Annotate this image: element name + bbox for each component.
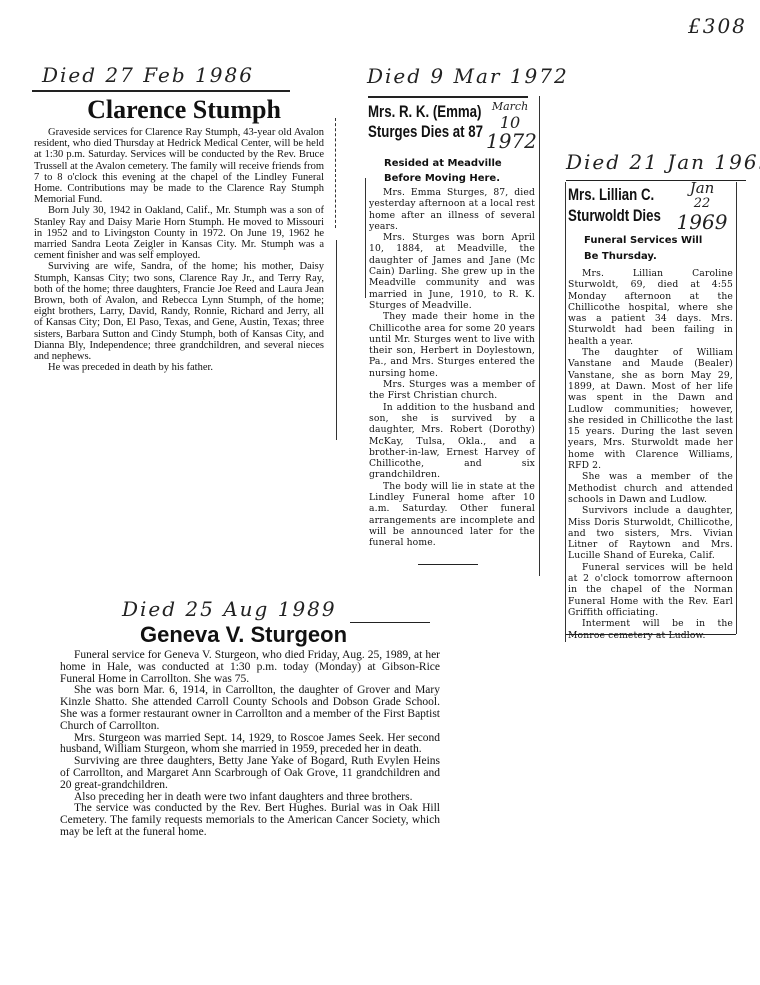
sturwoldt-headline-line1: Mrs. Lillian C.: [568, 184, 685, 205]
sturwoldt-paragraph: She was a member of the Methodist church…: [568, 471, 733, 505]
sturwoldt-margin-note-year: 1969: [672, 214, 732, 230]
sturwoldt-left-border: [565, 182, 566, 642]
geneva-article-body: Funeral service for Geneva V. Sturgeon, …: [60, 650, 440, 839]
page-reference-number: £308: [688, 14, 747, 38]
sturwoldt-margin-note-month: Jan: [672, 180, 732, 196]
sturges-subhead: Resided at Meadville Before Moving Here.: [384, 156, 534, 186]
geneva-paragraph: The service was conducted by the Rev. Be…: [60, 803, 440, 838]
geneva-paragraph: Surviving are three daughters, Betty Jan…: [60, 756, 440, 791]
sturwoldt-paragraph: Mrs. Lillian Caroline Sturwoldt, 69, die…: [568, 268, 733, 347]
stumph-right-border: [335, 118, 336, 228]
stumph-paragraph: He was preceded in death by his father.: [34, 362, 324, 373]
sturwoldt-paragraph: The daughter of William Vanstane and Mau…: [568, 347, 733, 471]
sturges-top-rule: [368, 96, 528, 98]
sturges-left-border: [365, 178, 366, 298]
sturwoldt-headline-line2: Sturwoldt Dies: [568, 205, 685, 226]
geneva-paragraph: Funeral service for Geneva V. Sturgeon, …: [60, 650, 440, 685]
sturges-paragraph: They made their home in the Chillicothe …: [369, 311, 535, 379]
sturwoldt-paragraph: Interment will be in the Monroe cemetery…: [568, 618, 733, 641]
sturwoldt-subhead-line2: Be Thursday.: [584, 249, 724, 265]
sturges-paragraph: Mrs. Sturges was born April 10, 1884, at…: [369, 232, 535, 311]
stumph-paragraph: Born July 30, 1942 in Oakland, Calif., M…: [34, 205, 324, 261]
sturges-right-border: [539, 96, 540, 576]
sturges-end-rule: [418, 564, 478, 565]
sturwoldt-handwritten-date: Died 21 Jan 1969: [566, 150, 760, 174]
geneva-top-rule: [350, 622, 430, 623]
stumph-title: Clarence Stumph: [74, 95, 294, 125]
stumph-top-rule: [32, 90, 290, 92]
sturges-subhead-line1: Resided at Meadville: [384, 156, 534, 171]
sturwoldt-bottom-rule: [566, 634, 736, 635]
sturwoldt-paragraph: Funeral services will be held at 2 o'clo…: [568, 562, 733, 618]
sturwoldt-subhead-line1: Funeral Services Will: [584, 233, 724, 249]
sturges-paragraph: In addition to the husband and son, she …: [369, 402, 535, 481]
sturges-handwritten-date: Died 9 Mar 1972: [367, 64, 569, 88]
sturges-paragraph: The body will lie in state at the Lindle…: [369, 481, 535, 549]
sturges-headline-line2: Sturges Dies at 87: [368, 122, 501, 142]
sturges-headline-line1: Mrs. R. K. (Emma): [368, 102, 501, 122]
sturges-margin-note-year: 1972: [486, 133, 534, 149]
geneva-title: Geneva V. Sturgeon: [140, 622, 347, 648]
stumph-handwritten-date: Died 27 Feb 1986: [42, 63, 254, 87]
sturges-margin-note: March 10 1972: [486, 99, 534, 149]
sturges-subhead-line2: Before Moving Here.: [384, 171, 534, 186]
sturwoldt-paragraph: Survivors include a daughter, Miss Doris…: [568, 505, 733, 561]
sturwoldt-subhead: Funeral Services Will Be Thursday.: [584, 233, 724, 265]
sturwoldt-article-body: Mrs. Lillian Caroline Sturwoldt, 69, die…: [568, 268, 733, 641]
sturges-article-body: Mrs. Emma Sturges, 87, died yesterday af…: [369, 187, 535, 549]
stumph-article-body: Graveside services for Clarence Ray Stum…: [34, 127, 324, 373]
sturges-paragraph: Mrs. Emma Sturges, 87, died yesterday af…: [369, 187, 535, 232]
sturges-paragraph: Mrs. Sturges was a member of the First C…: [369, 379, 535, 402]
geneva-paragraph: Mrs. Sturgeon was married Sept. 14, 1929…: [60, 733, 440, 757]
sturwoldt-margin-note: Jan 22 1969: [672, 180, 732, 230]
geneva-paragraph: She was born Mar. 6, 1914, in Carrollton…: [60, 685, 440, 732]
sturwoldt-right-border: [736, 182, 737, 634]
geneva-handwritten-date: Died 25 Aug 1989: [122, 597, 337, 621]
stumph-paragraph: Surviving are wife, Sandra, of the home;…: [34, 261, 324, 362]
stumph-right-border-lower: [336, 240, 337, 440]
stumph-paragraph: Graveside services for Clarence Ray Stum…: [34, 127, 324, 205]
